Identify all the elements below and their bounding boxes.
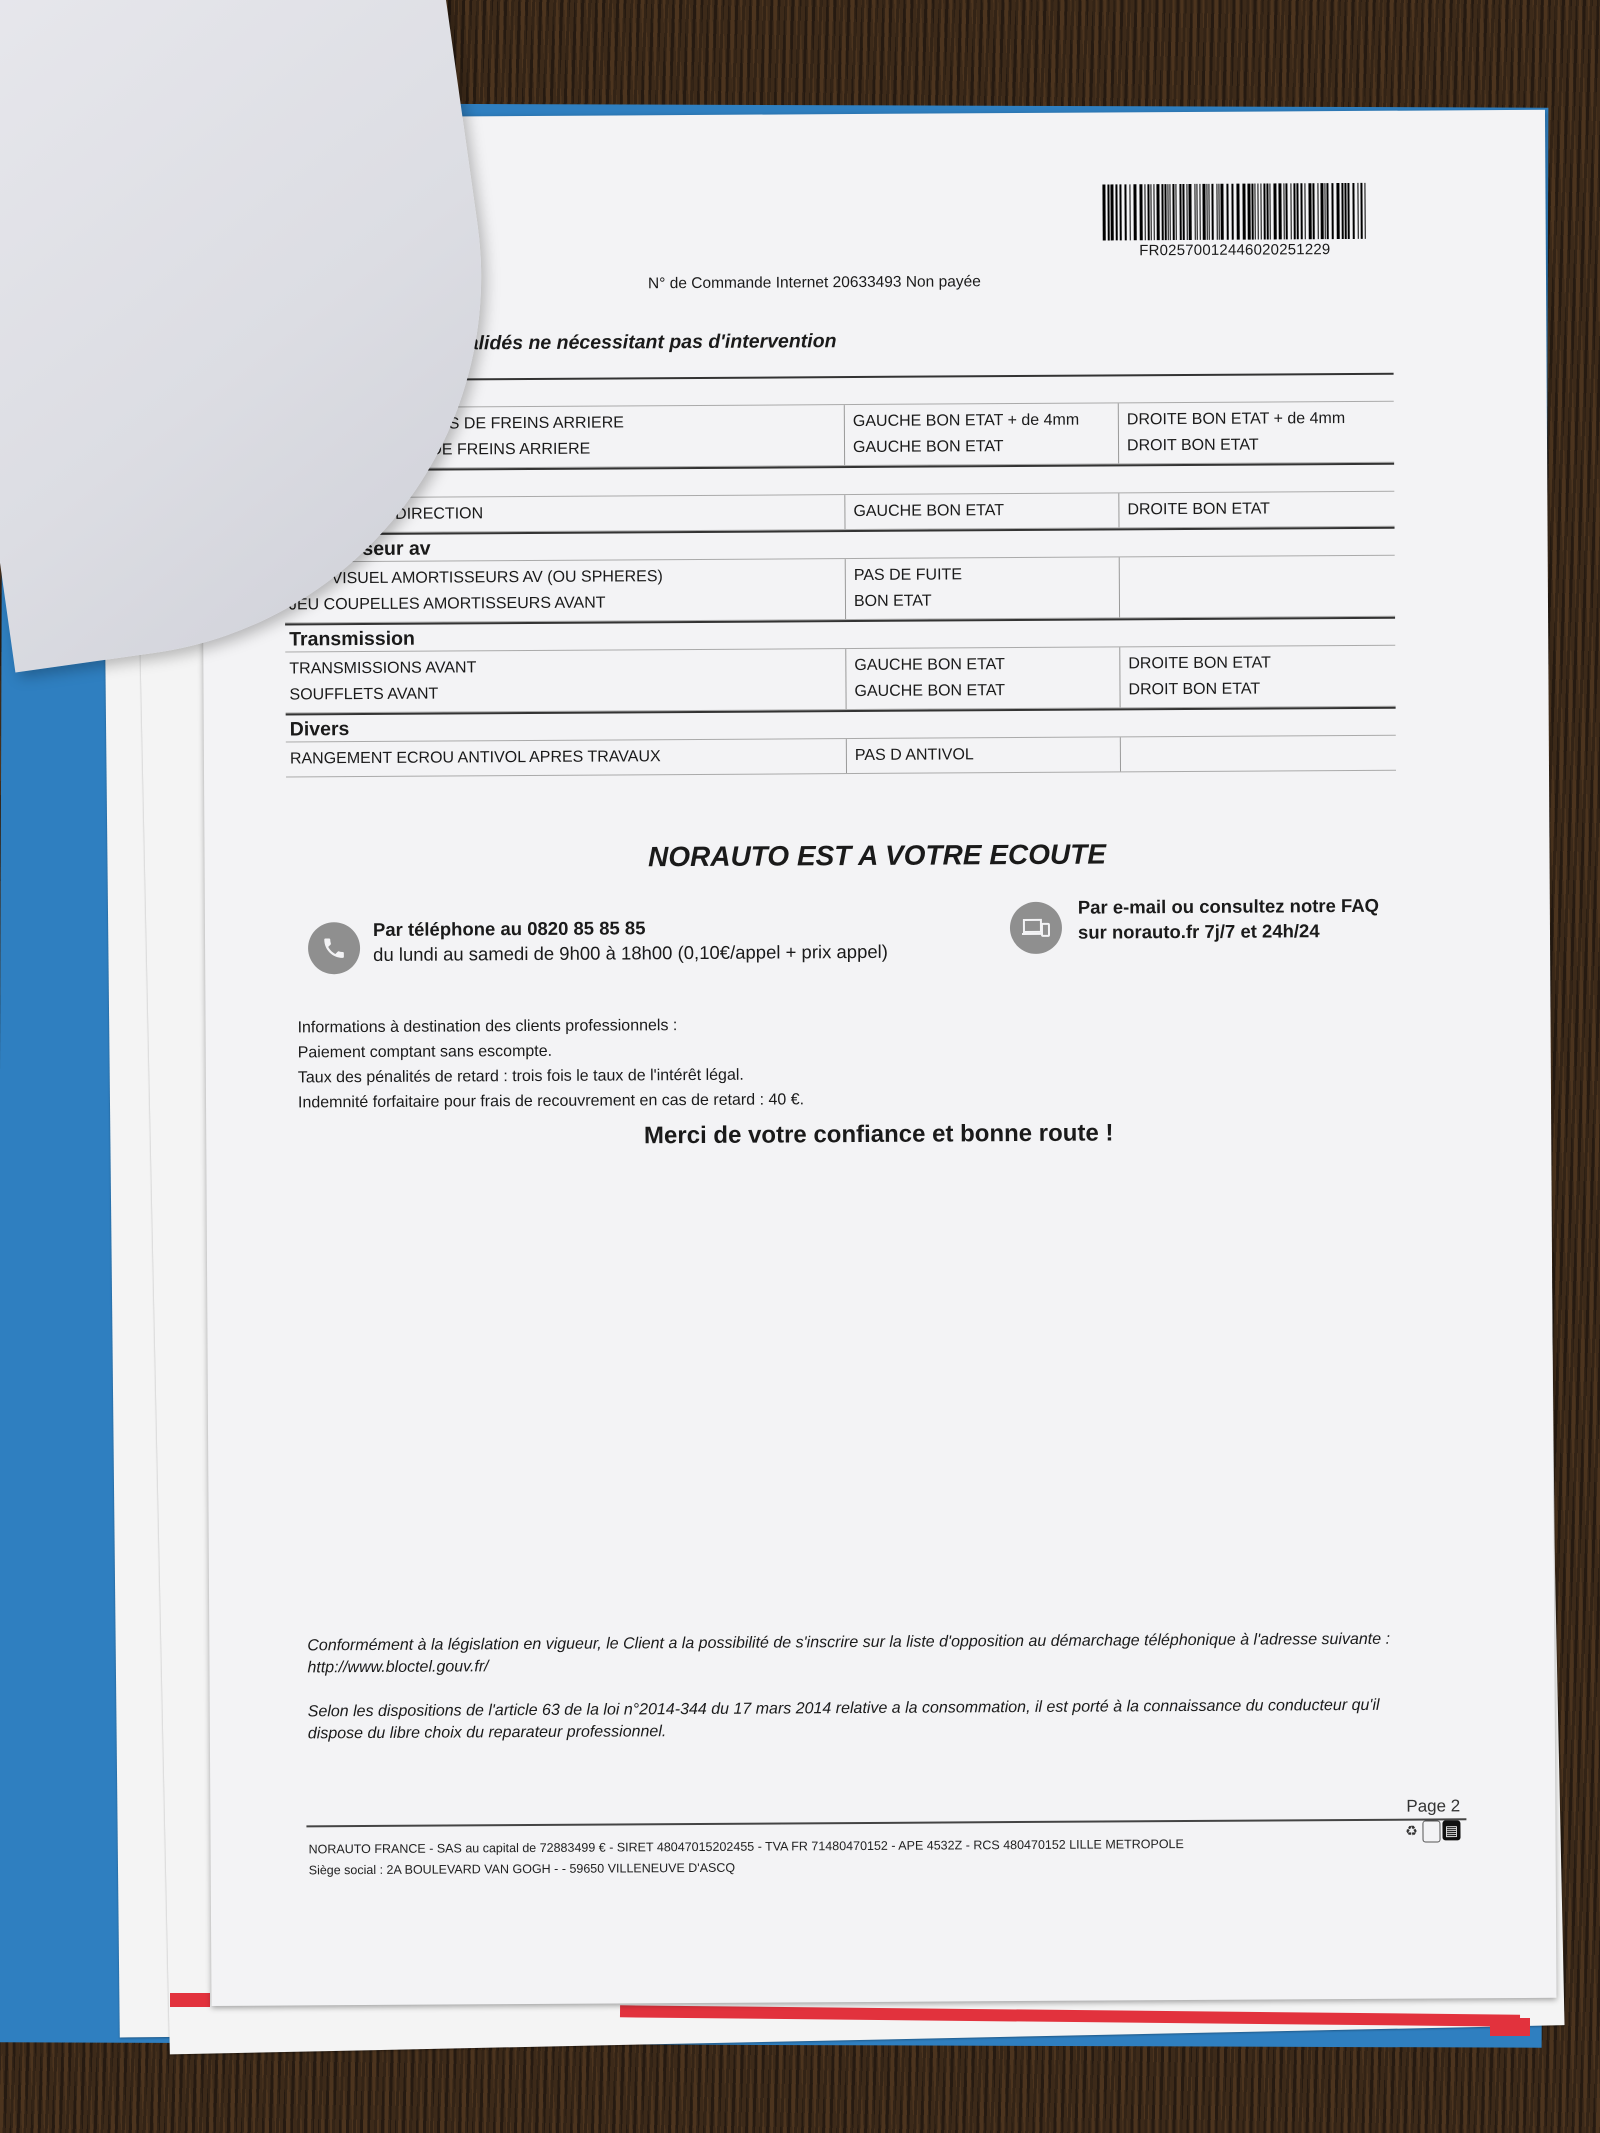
phone-icon [308, 922, 360, 974]
barcode-bar [1336, 183, 1339, 239]
control-group: TransmissionTRANSMISSIONS AVANTSOUFFLETS… [285, 617, 1396, 714]
cell-right: DROIT BON ETAT [1128, 676, 1391, 704]
barcode-bar [1296, 183, 1298, 239]
control-points-table: Freinage arCONTR. PLAQUETTES DE FREINS A… [284, 373, 1396, 778]
curled-page-text [22, 0, 31, 254]
barcode-bar [1102, 184, 1105, 240]
legal-paragraph: Selon les dispositions de l'article 63 d… [308, 1695, 1418, 1746]
recycle-icon: ♻ [1402, 1821, 1420, 1841]
column-right: DROITE BON ETAT [1118, 492, 1394, 528]
contact-title: NORAUTO EST A VOTRE ECOUTE [204, 836, 1549, 876]
pro-info-line: Paiement comptant sans escompte. [298, 1037, 804, 1065]
column-left: PAS D ANTIVOL [846, 737, 1120, 773]
cell-left: BON ETAT [854, 587, 1115, 615]
cell-left: GAUCHE BON ETAT [854, 677, 1115, 705]
thanks-message: Merci de votre confiance et bonne route … [206, 1117, 1551, 1153]
company-address: Siège social : 2A BOULEVARD VAN GOGH - -… [309, 1855, 1184, 1881]
barcode-bar [1115, 184, 1117, 240]
cell-left: GAUCHE BON ETAT [854, 651, 1115, 679]
barcode-bar [1172, 184, 1174, 240]
barcode-bar [1263, 183, 1265, 239]
barcode-bar [1266, 183, 1268, 239]
barcode-bar [1364, 183, 1365, 239]
barcode-bar [1139, 184, 1142, 240]
cell-item: ETAT VISUEL AMORTISSEURS AV (OU SPHERES) [289, 563, 841, 592]
cell-left: GAUCHE BON ETAT [853, 497, 1114, 525]
barcode-bar [1208, 184, 1209, 240]
cell-right: DROITE BON ETAT [1127, 496, 1390, 524]
barcode-bar [1175, 184, 1176, 240]
barcode-bar [1290, 183, 1291, 239]
barcode-bar [1254, 184, 1255, 240]
group-rows: ETAT VISUEL AMORTISSEURS AV (OU SPHERES)… [285, 555, 1395, 624]
column-left: GAUCHE BON ETATGAUCHE BON ETAT [845, 647, 1119, 709]
barcode-bar [1251, 184, 1253, 240]
barcode-bar [1260, 184, 1261, 240]
barcode-bar [1196, 184, 1197, 240]
cell-left: PAS D ANTIVOL [855, 741, 1116, 769]
barcode-bar [1341, 183, 1343, 239]
email-contact: Par e-mail ou consultez notre FAQ sur no… [1078, 893, 1380, 945]
barcode-bar [1344, 183, 1346, 239]
professional-info: Informations à destination des clients p… [297, 1012, 804, 1115]
cell-left: PAS DE FUITE [854, 561, 1115, 589]
column-left: GAUCHE BON ETAT [844, 493, 1118, 529]
group-rows: RANGEMENT ECROU ANTIVOL APRES TRAVAUXPAS… [286, 735, 1396, 778]
cell-right: DROITE BON ETAT [1128, 650, 1391, 678]
barcode-bar [1110, 184, 1113, 240]
barcode-bar [1150, 184, 1151, 240]
footer-divider [306, 1818, 1466, 1827]
barcode-bar [1247, 184, 1250, 240]
barcode-bar [1161, 184, 1163, 240]
barcode-bar [1347, 183, 1349, 239]
barcode-bar [1153, 184, 1154, 240]
footer-icons: ♻ ▤ [1402, 1820, 1460, 1842]
barcode-bar [1257, 184, 1258, 240]
barcode: FR02570012446020251229 [1094, 183, 1374, 260]
barcode-bar [1169, 184, 1170, 240]
barcode-text: FR02570012446020251229 [1095, 241, 1375, 260]
barcode-bar [1231, 184, 1233, 240]
phone-hours: du lundi au samedi de 9h00 à 18h00 (0,10… [373, 939, 888, 967]
cell-right: DROITE BON ETAT + de 4mm [1127, 406, 1390, 434]
barcode-bar [1273, 183, 1276, 239]
cell-item: JEU COUPELLES AMORTISSEURS AVANT [289, 589, 841, 618]
pro-info-line: Indemnité forfaitaire pour frais de reco… [298, 1087, 804, 1115]
barcode-bar [1226, 184, 1228, 240]
barcode-bar [1202, 184, 1205, 240]
red-paper-edge [170, 1993, 210, 2007]
pro-info-line: Taux des pénalités de retard : trois foi… [298, 1062, 804, 1090]
barcode-bar [1164, 184, 1166, 240]
barcode-bars [1094, 183, 1374, 241]
cell-right [1129, 740, 1392, 768]
barcode-bar [1352, 183, 1354, 239]
column-right [1119, 556, 1395, 618]
barcode-bar [1360, 183, 1362, 239]
column-left: PAS DE FUITEBON ETAT [845, 557, 1119, 619]
page-number: Page 2 [1406, 1796, 1460, 1816]
barcode-bar [1269, 183, 1270, 239]
phone-number[interactable]: Par téléphone au 0820 85 85 85 [373, 914, 888, 942]
cell-right [1128, 586, 1391, 614]
barcode-bar [1144, 184, 1145, 240]
cell-item: SOUFFLETS AVANT [289, 679, 841, 708]
barcode-bar [1242, 184, 1245, 240]
cell-item: TRANSMISSIONS AVANT [289, 653, 841, 682]
barcode-bar [1182, 184, 1184, 240]
website-line[interactable]: sur norauto.fr 7j/7 et 24h/24 [1078, 918, 1379, 945]
barcode-bar [1236, 184, 1239, 240]
barcode-bar [1220, 184, 1223, 240]
barcode-bar [1317, 183, 1318, 239]
barcode-bar [1129, 184, 1130, 240]
barcode-bar [1320, 183, 1323, 239]
laptop-mobile-icon [1010, 902, 1062, 954]
barcode-bar [1331, 183, 1333, 239]
column-left: GAUCHE BON ETAT + de 4mmGAUCHE BON ETAT [844, 403, 1118, 465]
column-item: RANGEMENT ECROU ANTIVOL APRES TRAVAUX [286, 739, 846, 776]
barcode-bar [1133, 184, 1136, 240]
cell-left: GAUCHE BON ETAT + de 4mm [853, 407, 1114, 435]
barcode-bar [1124, 184, 1126, 240]
control-group: DiversRANGEMENT ECROU ANTIVOL APRES TRAV… [286, 707, 1396, 778]
control-group: Rotules avROTULES DE DIRECTIONGAUCHE BON… [284, 463, 1394, 534]
sorting-icon: ▤ [1442, 1820, 1460, 1840]
column-right [1120, 736, 1396, 772]
barcode-bar [1107, 184, 1109, 240]
barcode-bar [1156, 184, 1159, 240]
barcode-bar [1179, 184, 1181, 240]
barcode-bar [1211, 184, 1213, 240]
legal-paragraph: Conformément à la législation en vigueur… [307, 1629, 1417, 1680]
barcode-bar [1357, 183, 1358, 239]
column-right: DROITE BON ETATDROIT BON ETAT [1119, 646, 1395, 708]
cell-item: RANGEMENT ECROU ANTIVOL APRES TRAVAUX [290, 743, 842, 772]
barcode-bar [1312, 183, 1314, 239]
internet-order-number: N° de Commande Internet 20633493 Non pay… [648, 273, 981, 293]
red-paper-edge [1490, 2018, 1530, 2036]
barcode-bar [1300, 183, 1302, 239]
barcode-bar [1147, 184, 1149, 240]
barcode-bar [1278, 183, 1281, 239]
control-group: Amortisseur avETAT VISUEL AMORTISSEURS A… [285, 527, 1396, 624]
email-faq-line: Par e-mail ou consultez notre FAQ [1078, 893, 1379, 920]
barcode-bar [1293, 183, 1295, 239]
legal-notice: Conformément à la législation en vigueur… [307, 1629, 1418, 1768]
column-item: ETAT VISUEL AMORTISSEURS AV (OU SPHERES)… [285, 559, 845, 622]
pro-info-line: Informations à destination des clients p… [297, 1012, 803, 1040]
barcode-bar [1304, 183, 1305, 239]
footer-company-info: NORAUTO FRANCE - SAS au capital de 72883… [309, 1834, 1185, 1881]
group-rows: TRANSMISSIONS AVANTSOUFFLETS AVANTGAUCHE… [285, 645, 1395, 714]
phone-contact: Par téléphone au 0820 85 85 85 du lundi … [373, 914, 888, 967]
barcode-bar [1308, 183, 1311, 239]
column-item: TRANSMISSIONS AVANTSOUFFLETS AVANT [285, 649, 845, 712]
cell-left: GAUCHE BON ETAT [853, 433, 1114, 461]
column-right: DROITE BON ETAT + de 4mmDROIT BON ETAT [1118, 402, 1394, 464]
barcode-bar [1119, 184, 1121, 240]
barcode-bar [1199, 184, 1200, 240]
barcode-bar [1188, 184, 1191, 240]
cell-right [1128, 560, 1391, 588]
barcode-bar [1285, 183, 1287, 239]
bin-icon [1422, 1820, 1440, 1842]
cell-right: DROIT BON ETAT [1127, 432, 1390, 460]
barcode-bar [1326, 183, 1328, 239]
